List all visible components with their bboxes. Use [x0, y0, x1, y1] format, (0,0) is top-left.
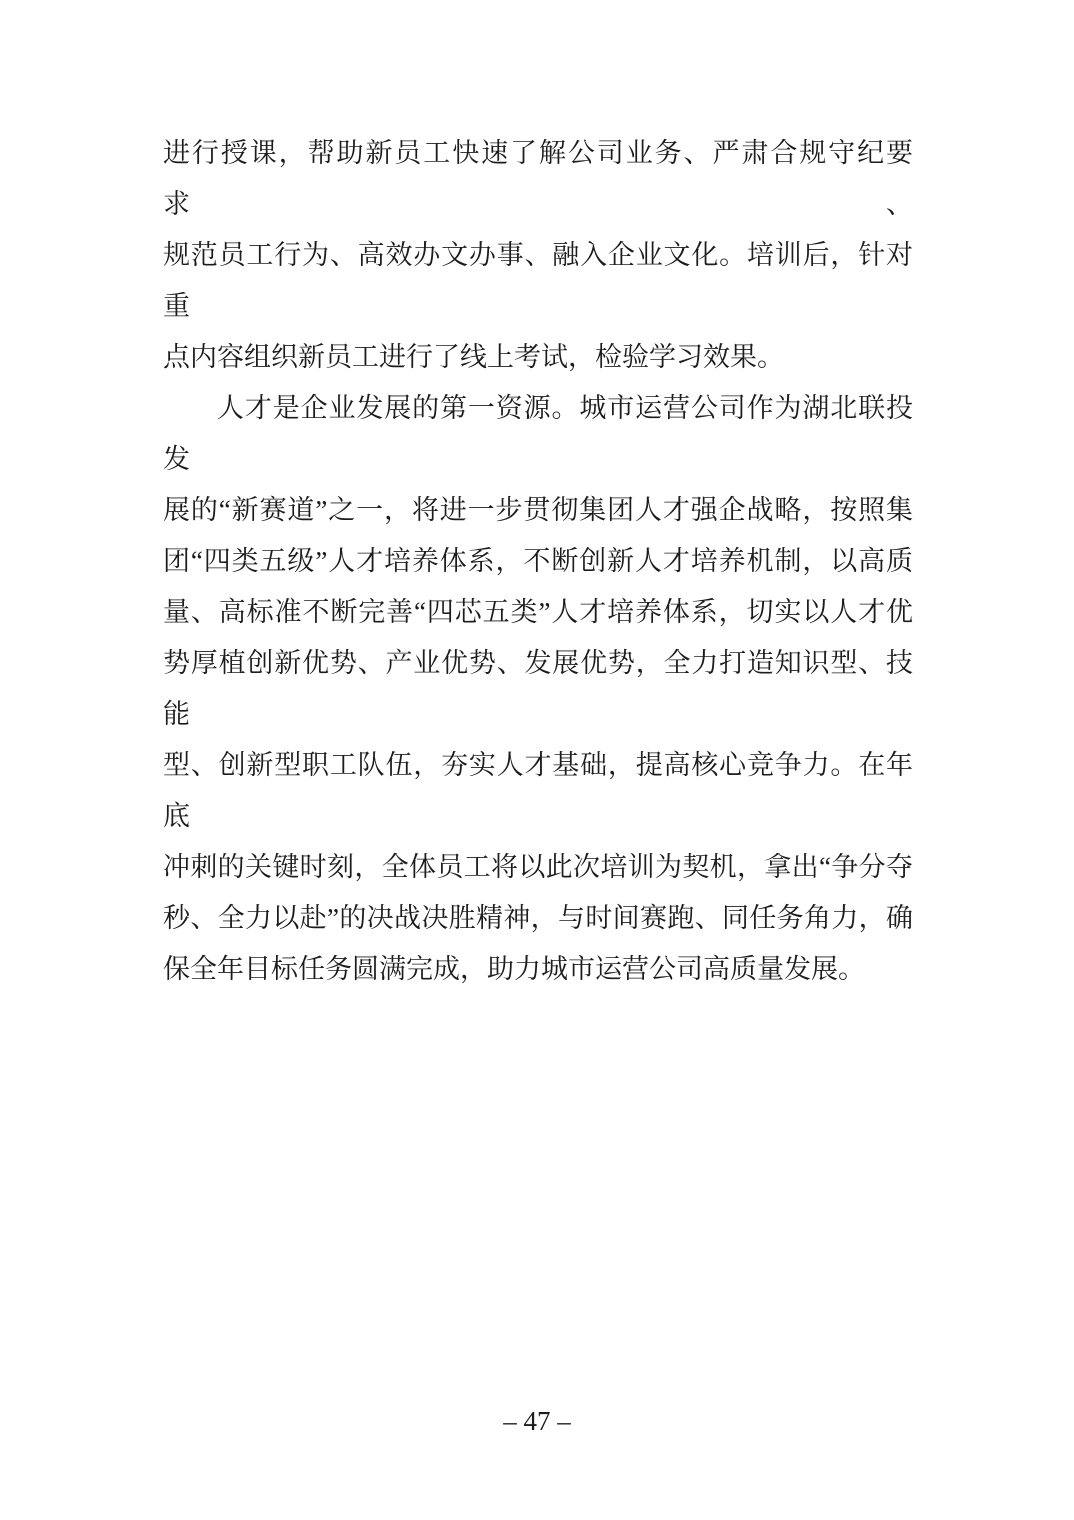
body-line: 势厚植创新优势、产业优势、发展优势，全力打造知识型、技能 [163, 638, 913, 740]
body-line: 冲刺的关键时刻，全体员工将以此次培训为契机，拿出“争分夺 [163, 842, 913, 893]
body-line: 型、创新型职工队伍，夯实人才基础，提高核心竞争力。在年底 [163, 740, 913, 842]
body-line: 量、高标准不断完善“四芯五类”人才培养体系，切实以人才优 [163, 587, 913, 638]
body-line: 团“四类五级”人才培养体系，不断创新人才培养机制，以高质 [163, 536, 913, 587]
document-body: 进行授课，帮助新员工快速了解公司业务、严肃合规守纪要求、 规范员工行为、高效办文… [163, 128, 913, 995]
body-line: 秒、全力以赴”的决战决胜精神，与时间赛跑、同任务角力，确 [163, 893, 913, 944]
page-footer: – 47 – [0, 1406, 1074, 1437]
body-line: 规范员工行为、高效办文办事、融入企业文化。培训后，针对重 [163, 230, 913, 332]
body-line: 保全年目标任务圆满完成，助力城市运营公司高质量发展。 [163, 944, 913, 995]
page-number: – 47 – [503, 1406, 571, 1436]
document-page: 进行授课，帮助新员工快速了解公司业务、严肃合规守纪要求、 规范员工行为、高效办文… [0, 0, 1074, 1520]
body-line: 进行授课，帮助新员工快速了解公司业务、严肃合规守纪要求、 [163, 128, 913, 230]
body-line: 展的“新赛道”之一，将进一步贯彻集团人才强企战略，按照集 [163, 485, 913, 536]
body-line: 点内容组织新员工进行了线上考试，检验学习效果。 [163, 332, 913, 383]
body-line: 人才是企业发展的第一资源。城市运营公司作为湖北联投发 [163, 383, 913, 485]
